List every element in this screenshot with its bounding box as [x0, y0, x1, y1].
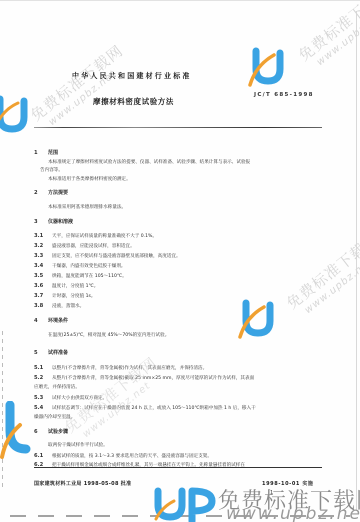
- watermark-banner-site-name: 免费标准下载网: [218, 484, 360, 515]
- clause-5-3: 5.3试样大小由供需双方商定。: [34, 396, 107, 402]
- clause-3-7: 3.7计时器，分度值 1s。: [34, 294, 96, 300]
- clause-3-4: 3.4干燥器，内盛有效变色硅胶干燥剂。: [34, 264, 126, 270]
- section-1-paragraph: 本标准适用于各类摩擦材料密度的测定。: [48, 178, 131, 183]
- section-1-heading: 1范围: [34, 151, 58, 156]
- clause-3-1: 3.1天平，应保证试样质量的称量准确度不大于 0.1%。: [34, 234, 157, 240]
- section-6-paragraph: 取两份干燥试样作平行试验。: [48, 444, 108, 449]
- section-4-paragraph: 在温度(25±5)℃，相对湿度 45%～70%的室内进行试验。: [48, 334, 169, 339]
- watermark-site-name: 免费标准下载网 www.upbz.net: [26, 40, 134, 134]
- standard-code: JC/T 685-1998: [254, 92, 314, 98]
- clause-5-2: 5.2从整片(不含摩擦片背，背等金属板)截取 25 mm×25 mm，厚度尽可能…: [34, 376, 254, 382]
- approval-line: 国家建筑材料工业局 1998-05-08 批准: [34, 480, 131, 487]
- section-2-paragraph: 本标准采用阿基米德原理排水称量法。: [48, 206, 126, 211]
- binding-edge: [2, 331, 3, 491]
- clause-5-4-cont: 燥器内冷却至室温。: [34, 416, 75, 421]
- clause-3-3: 3.3固定支架，应不使试样与盛浸液容器壁及底部接触，高度适宜。: [34, 254, 181, 260]
- section-1-paragraph-cont: 告内容等。: [40, 169, 63, 174]
- section-6-heading: 6试验步骤: [34, 430, 68, 435]
- watermark-site-name: 免费标准下载网 www.upbz.net: [282, 228, 360, 322]
- section-1-paragraph: 本标准规定了摩擦材料密度试验方法的提要、仪器、试样准备、试验步骤、结果计算与表示…: [48, 161, 250, 166]
- clause-5-2-cont: 应磨光，并保持清洁。: [34, 386, 80, 391]
- clause-3-5: 3.5烘箱，温度能调节在 105～110℃。: [34, 274, 127, 280]
- watermark-banner-site-url: www.upbz.net: [226, 504, 360, 522]
- clause-3-8: 3.8浸液，蒸馏水。: [34, 304, 84, 310]
- watermark-logo-icon: [238, 297, 278, 345]
- document-title: 摩擦材料密度试验方法: [93, 96, 174, 107]
- scan-artifact: [10, 515, 350, 517]
- implementation-date: 1998-10-01 实施: [262, 480, 314, 487]
- section-4-heading: 4环境条件: [34, 319, 68, 324]
- clause-5-4: 5.4试样状态调节：试样应在干燥器内放置 24 h 以上，或放入 105～110…: [34, 406, 256, 412]
- section-5-heading: 5试样准备: [34, 351, 68, 356]
- watermark-site-name: 免费标准下载网 www.upbz.net: [294, 0, 360, 74]
- page-edge: [356, 11, 357, 511]
- clause-5-1: 5.1以整片(不含摩擦片背，背等金属板)作为试样，其表面应磨光，并保持清洁。: [34, 366, 207, 372]
- header-divider: [34, 127, 322, 128]
- section-2-heading: 2方法提要: [34, 191, 68, 196]
- clause-3-6: 3.6温度计，分度值 1℃。: [34, 284, 98, 290]
- issuing-organization: 中华人民共和国建材行业标准: [72, 71, 192, 81]
- clause-6-1: 6.1根据试样的质量，按 3.1～3.3 要求选用合适的天平、盛浸液容器与固定支…: [34, 454, 212, 460]
- page-number: 1: [270, 490, 273, 496]
- footer-divider: [34, 467, 322, 468]
- section-number: 1: [34, 151, 48, 156]
- watermark-logo-icon: [0, 95, 30, 139]
- section-3-heading: 3仪器和溶液: [34, 220, 73, 225]
- document-page: 中华人民共和国建材行业标准 摩擦材料密度试验方法 JC/T 685-1998 1…: [0, 0, 360, 522]
- watermark-logo-icon: [248, 45, 288, 93]
- clause-3-2: 3.2盛浸液容器，应能浸没试样，容积适宜。: [34, 244, 135, 250]
